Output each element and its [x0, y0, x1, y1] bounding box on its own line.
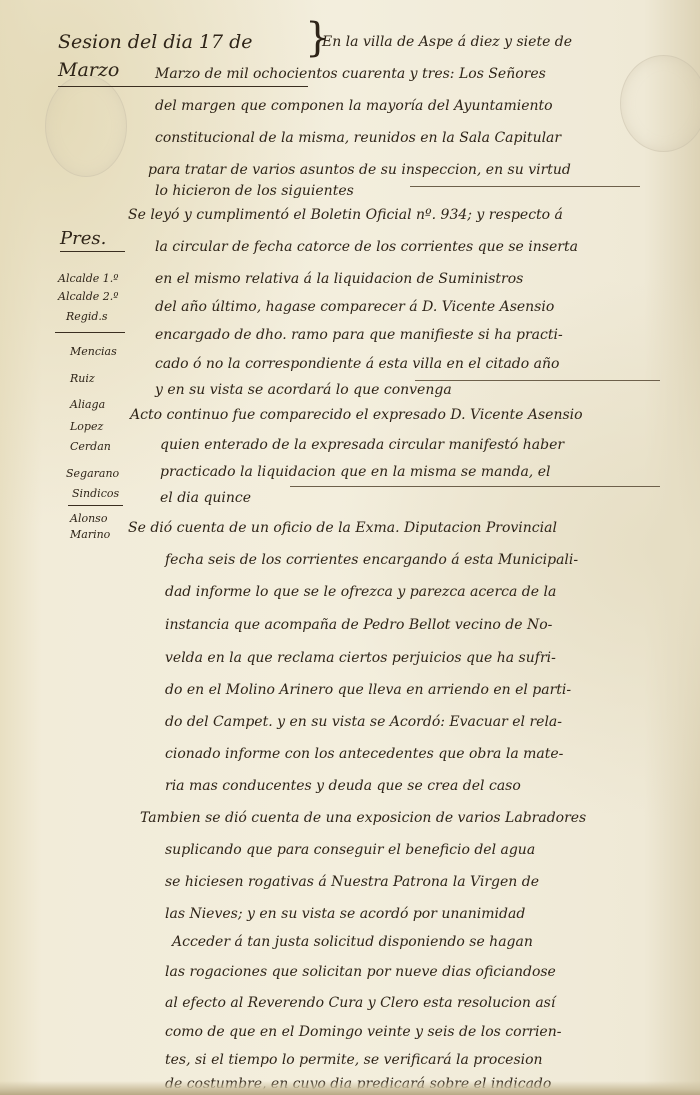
embossed-seal-right [620, 55, 700, 152]
text-line: en el mismo relativa á la liquidacion de… [155, 269, 523, 289]
margin-sindico: Marino [70, 528, 110, 542]
text-line: del año último, hagase comparecer á D. V… [155, 297, 554, 317]
text-line: se hiciesen rogativas á Nuestra Patrona … [165, 872, 539, 892]
text-line: las rogaciones que solicitan por nueve d… [165, 962, 556, 982]
page-edge [0, 1081, 700, 1095]
text-line: fecha seis de los corrientes encargando … [165, 550, 578, 570]
text-line: del margen que componen la mayoría del A… [155, 96, 553, 116]
text-line: quien enterado de la expresada circular … [160, 435, 564, 455]
text-line: cado ó no la correspondiente á esta vill… [155, 354, 559, 374]
text-line: Se leyó y cumplimentó el Boletin Oficial… [128, 205, 563, 225]
text-line: En la villa de Aspe á diez y siete de [322, 32, 572, 52]
text-line: encargado de dho. ramo para que manifies… [155, 325, 563, 345]
line-filler [290, 486, 660, 487]
text-line: el dia quince [160, 488, 251, 508]
margin-regidor: Cerdan [70, 440, 111, 454]
text-line: constitucional de la misma, reunidos en … [155, 128, 561, 148]
text-line: las Nieves; y en su vista se acordó por … [165, 904, 525, 924]
text-line: Marzo de mil ochocientos cuarenta y tres… [155, 64, 546, 84]
text-line: suplicando que para conseguir el benefic… [165, 840, 535, 860]
text-line: dad informe lo que se le ofrezca y parez… [165, 582, 556, 602]
text-line: Tambien se dió cuenta de una exposicion … [140, 808, 586, 828]
text-line: Se dió cuenta de un oficio de la Exma. D… [128, 518, 557, 538]
text-line: la circular de fecha catorce de los corr… [155, 237, 578, 257]
text-line: cionado informe con los antecedentes que… [165, 744, 563, 764]
margin-regidor: Lopez [70, 420, 103, 434]
margin-rule [68, 505, 123, 506]
text-line: como de que en el Domingo veinte y seis … [165, 1022, 561, 1042]
text-line: do del Campet. y en su vista se Acordó: … [165, 712, 562, 732]
text-line: y en su vista se acordará lo que conveng… [155, 380, 452, 400]
line-filler [410, 186, 640, 187]
margin-regidor: Aliaga [70, 398, 105, 412]
margin-regidor: Mencias [70, 345, 117, 359]
text-line: practicado la liquidacion que en la mism… [160, 462, 550, 482]
text-line: Acceder á tan justa solicitud disponiend… [172, 932, 533, 952]
margin-rule [55, 332, 125, 333]
line-filler [415, 380, 660, 381]
text-line: para tratar de varios asuntos de su insp… [148, 160, 571, 180]
margin-regidor: Segarano [66, 467, 119, 481]
text-line: tes, si el tiempo lo permite, se verific… [165, 1050, 543, 1070]
text-line: ria mas conducentes y deuda que se crea … [165, 776, 521, 796]
text-line: Acto continuo fue comparecido el expresa… [130, 405, 583, 425]
margin-official: Alcalde 2.º [58, 290, 118, 304]
margin-title: Pres. [60, 228, 125, 252]
margin-official: Regid.s [66, 310, 108, 324]
margin-regidor: Ruiz [70, 372, 95, 386]
margin-sindico: Alonso [70, 512, 107, 526]
text-line: velda en la que reclama ciertos perjuici… [165, 648, 556, 668]
embossed-seal-left [45, 75, 127, 177]
margin-sindicos-label: Sindicos [72, 487, 119, 501]
margin-official: Alcalde 1.º [58, 272, 118, 286]
text-line: al efecto al Reverendo Cura y Clero esta… [165, 993, 555, 1013]
manuscript-page: Sesion del dia 17 de Marzo } Pres. Alcal… [0, 0, 700, 1095]
text-line: do en el Molino Arinero que lleva en arr… [165, 680, 571, 700]
text-line: instancia que acompaña de Pedro Bellot v… [165, 615, 552, 635]
text-line: lo hicieron de los siguientes [155, 181, 354, 201]
